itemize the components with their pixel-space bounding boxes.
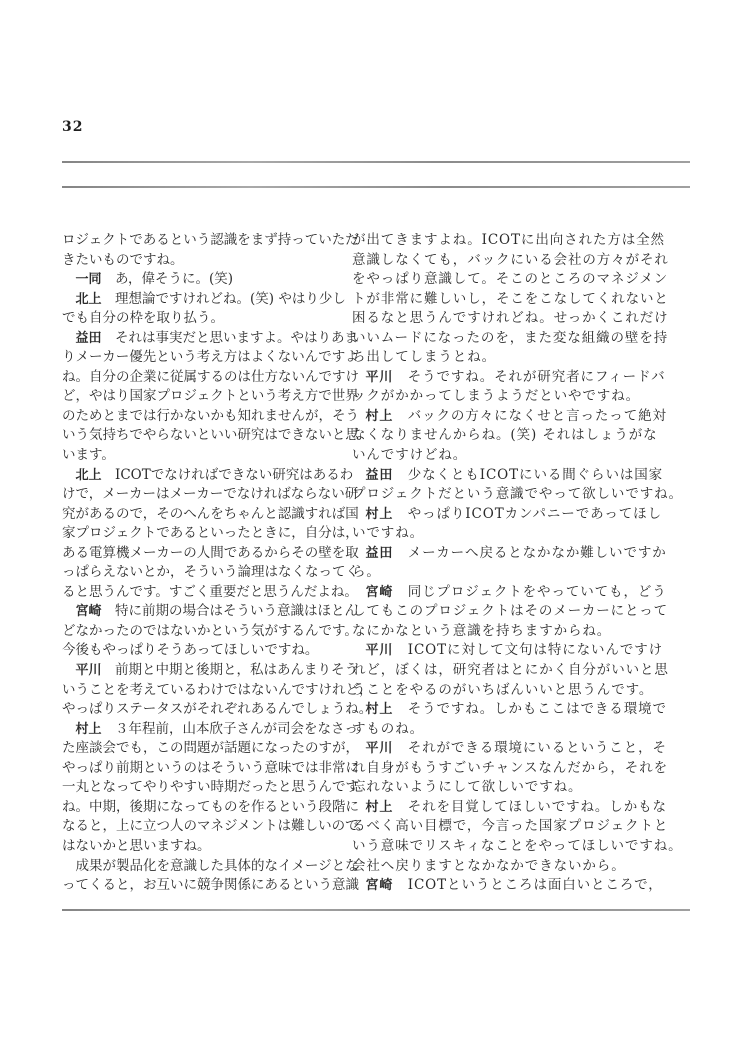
text-line: 困るなと思うんですけれどね。せっかくこれだけ: [352, 309, 686, 329]
text-line: 一同 あ，偉そうに。(笑): [62, 270, 358, 290]
text-line: なにかなという意識を持ちますからね。: [352, 622, 686, 642]
text-line: いですね。: [352, 524, 686, 544]
text-line: れど，ぼくは，研究者はとにかく自分がいいと思: [352, 661, 686, 681]
text-line: 宮崎 ICOTというところは面白いところで，: [352, 876, 686, 896]
text-line: をやっぱり意識して。そこのところのマネジメン: [352, 270, 686, 290]
text-line: はないかと思いますね。: [62, 837, 358, 857]
speaker-name: 一同: [76, 272, 102, 287]
text-line: いいムードになったのを，また変な組織の壁を持: [352, 329, 686, 349]
text-line: 村上 そうですね。しかもここはできる環境で: [352, 700, 686, 720]
text-line: 今後もやっぱりそうあってほしいですね。: [62, 641, 358, 661]
text-line: けで，メーカーはメーカーでなければならない研: [62, 485, 358, 505]
speaker-name: 村上: [76, 722, 102, 737]
scanned-document-page: 32 ロジェクトであるという認識をまず持っていただきたいものですね。一同 あ，偉…: [0, 0, 750, 1054]
speaker-name: 益田: [366, 468, 394, 483]
text-line: うことをやるのがいちばんいいと思うんです。: [352, 681, 686, 701]
page-number: 32: [62, 119, 83, 135]
speaker-name: 北上: [76, 468, 102, 483]
text-line: なると，上に立つ人のマネジメントは難しいので: [62, 817, 358, 837]
text-line: 宮崎 同じプロジェクトをやっていても，どう: [352, 583, 686, 603]
speaker-name: 宮崎: [76, 604, 102, 619]
speaker-name: 村上: [366, 800, 394, 815]
text-line: なくなりませんからね。(笑) それはしょうがな: [352, 426, 686, 446]
text-line: のためとまでは行かないかも知れませんが，そう: [62, 407, 358, 427]
speaker-name: 宮崎: [366, 878, 394, 893]
text-line: トが非常に難しいし，そこをこなしてくれないと: [352, 290, 686, 310]
text-line: るべく高い目標で，今言った国家プロジェクトと: [352, 817, 686, 837]
text-line: でも自分の枠を取り払う。: [62, 309, 358, 329]
text-line: りメーカー優先という考え方はよくないんですよ: [62, 348, 358, 368]
horizontal-rule-top-2: [62, 186, 690, 188]
text-line: いうことを考えているわけではないんですけれど，: [62, 681, 358, 701]
text-line: きたいものですね。: [62, 251, 358, 271]
text-line: 宮崎 特に前期の場合はそういう意識はほとん: [62, 602, 358, 622]
speaker-name: 宮崎: [366, 585, 394, 600]
text-line: ロジェクトであるという認識をまず持っていただ: [62, 231, 358, 251]
speaker-name: 北上: [76, 292, 102, 307]
horizontal-rule-top-1: [62, 161, 690, 163]
text-line: 平川 それができる環境にいるということ，そ: [352, 739, 686, 759]
text-line: いう意味でリスキィなことをやってほしいですね。: [352, 837, 686, 857]
speaker-name: 平川: [366, 741, 394, 756]
text-line: ってくると，お互いに競争関係にあるという意識: [62, 876, 358, 896]
text-line: ね。中期，後期になってものを作るという段階に: [62, 798, 358, 818]
text-line: 家プロジェクトであるといったときに，自分は，: [62, 524, 358, 544]
horizontal-rule-bottom: [62, 909, 690, 911]
text-line: どなかったのではないかという気がするんです。: [62, 622, 358, 642]
text-line: ち出してしまうとね。: [352, 348, 686, 368]
text-line: ると思うんです。すごく重要だと思うんだよね。: [62, 583, 358, 603]
text-line: 村上 やっぱりICOTカンパニーであってほし: [352, 505, 686, 525]
text-line: 平川 そうですね。それが研究者にフィードバ: [352, 368, 686, 388]
text-line: 忘れないようにして欲しいですね。: [352, 778, 686, 798]
text-line: いう気持ちでやらないといい研究はできないと思: [62, 426, 358, 446]
text-line: いんですけどね。: [352, 446, 686, 466]
text-line: 益田 少なくともICOTにいる間ぐらいは国家: [352, 466, 686, 486]
speaker-name: 平川: [76, 663, 102, 678]
text-line: ど，やはり国家プロジェクトという考え方で世界: [62, 387, 358, 407]
text-line: 村上 それを目覚してほしいですね。しかもな: [352, 798, 686, 818]
text-line: やっぱり前期というのはそういう意味では非常に: [62, 759, 358, 779]
text-column-left: ロジェクトであるという認識をまず持っていただきたいものですね。一同 あ，偉そうに…: [62, 231, 358, 896]
text-line: 成果が製品化を意識した具体的なイメージとな: [62, 857, 358, 877]
text-line: ある電算機メーカーの人間であるからその壁を取: [62, 544, 358, 564]
speaker-name: 益田: [76, 331, 102, 346]
text-line: ね。自分の企業に従属するのは仕方ないんですけ: [62, 368, 358, 388]
speaker-name: 村上: [366, 702, 394, 717]
text-line: 村上 ３年程前，山本欣子さんが司会をなさっ: [62, 720, 358, 740]
text-line: 平川 ICOTに対して文句は特にないんですけ: [352, 641, 686, 661]
speaker-name: 益田: [366, 546, 394, 561]
text-line: 会社へ戻りますとなかなかできないから。: [352, 857, 686, 877]
text-line: れ自身がもうすごいチャンスなんだから，それを: [352, 759, 686, 779]
text-line: 北上 ICOTでなければできない研究はあるわ: [62, 466, 358, 486]
text-line: っぱらえないとか，そういう論理はなくなってく: [62, 563, 358, 583]
speaker-name: 平川: [366, 370, 394, 385]
text-line: やっぱりステータスがそれぞれあるんでしょうね。: [62, 700, 358, 720]
text-line: ら。: [352, 563, 686, 583]
speaker-name: 村上: [366, 409, 394, 424]
text-line: 平川 前期と中期と後期と，私はあんまりそう: [62, 661, 358, 681]
text-line: 益田 メーカーへ戻るとなかなか難しいですか: [352, 544, 686, 564]
text-line: た座談会でも，この問題が話題になったのすが，: [62, 739, 358, 759]
text-line: 村上 バックの方々になくせと言ったって絶対: [352, 407, 686, 427]
text-line: が出てきますよね。ICOTに出向された方は全然: [352, 231, 686, 251]
text-line: してもこのプロジェクトはそのメーカーにとって: [352, 602, 686, 622]
text-line: すものね。: [352, 720, 686, 740]
text-line: 益田 それは事実だと思いますよ。やはりあま: [62, 329, 358, 349]
text-line: います。: [62, 446, 358, 466]
text-line: 北上 理想論ですけれどね。(笑) やはり少し: [62, 290, 358, 310]
text-line: 意識しなくても，バックにいる会社の方々がそれ: [352, 251, 686, 271]
text-line: ックがかかってしまうようだといやですね。: [352, 387, 686, 407]
text-line: プロジェクトだという意識でやって欲しいですね。: [352, 485, 686, 505]
text-column-right: が出てきますよね。ICOTに出向された方は全然意識しなくても，バックにいる会社の…: [352, 231, 686, 896]
speaker-name: 村上: [366, 507, 394, 522]
text-line: 一丸となってやりやすい時期だったと思うんです: [62, 778, 358, 798]
speaker-name: 平川: [366, 643, 394, 658]
text-line: 究があるので，そのへんをちゃんと認識すれば国: [62, 505, 358, 525]
